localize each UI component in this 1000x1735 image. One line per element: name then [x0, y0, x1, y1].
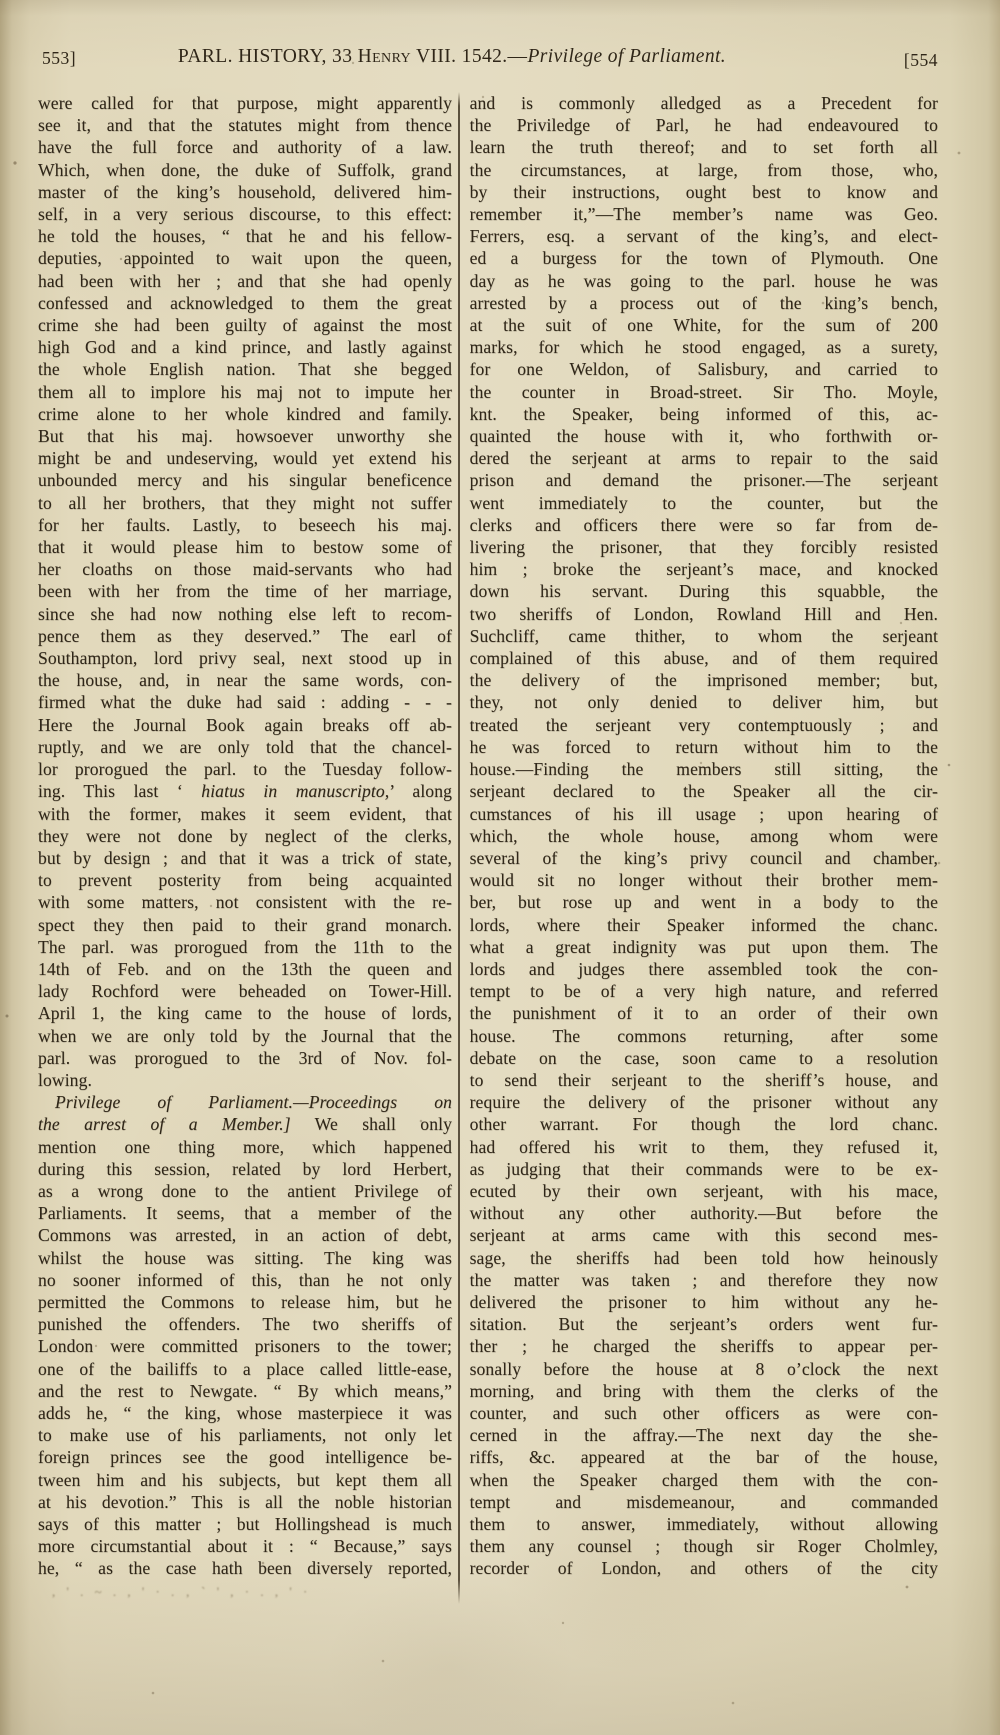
text-line: have the full force and authority of a l… — [38, 136, 452, 158]
text-line: day as he was going to the parl. house h… — [470, 270, 938, 292]
text-line: ing. This last ‘ hiatus in manuscripto,’… — [38, 780, 452, 802]
text-line: would sit no longer without their brothe… — [470, 869, 938, 891]
text-segment: knt. the Speaker, being informed of this… — [470, 404, 938, 424]
text-segment: at his devotion.” This is all the noble … — [38, 1492, 452, 1512]
text-segment: by their instructions, ought best to kno… — [470, 182, 938, 202]
text-segment: day as he was going to the parl. house h… — [470, 271, 938, 291]
text-line: been with her from the time of her marri… — [38, 580, 452, 602]
text-line: mention one thing more, which happened — [38, 1136, 452, 1158]
text-segment: without any other authority.—But before … — [470, 1203, 938, 1223]
text-line: delivered the prisoner to him without an… — [470, 1291, 938, 1313]
text-segment: whilst the house was sitting. The king w… — [38, 1248, 452, 1268]
text-line: since she had now nothing else left to r… — [38, 603, 452, 625]
text-segment: unbounded mercy and his singular benefic… — [38, 470, 452, 490]
text-line: sage, the sheriffs had been told how hei… — [470, 1247, 938, 1269]
text-segment: ing. This last ‘ — [38, 781, 201, 801]
paragraph: were called for that purpose, might appa… — [38, 92, 452, 1091]
text-segment: sonally before the house at 8 o’clock th… — [470, 1359, 938, 1379]
text-line: during this session, related by lord Her… — [38, 1158, 452, 1180]
text-line: at the suit of one White, for the sum of… — [470, 314, 938, 336]
text-segment: her cloaths on those maid-servants who h… — [38, 559, 452, 579]
text-line: to send their serjeant to the sheriff’s … — [470, 1069, 938, 1091]
text-segment: the house, and, in near the same words, … — [38, 670, 452, 690]
text-line: they, not only denied to deliver him, bu… — [470, 691, 938, 713]
text-segment: ’ along — [389, 781, 452, 801]
text-segment: might be and undeserving, would yet exte… — [38, 448, 452, 468]
text-segment: debate on the case, soon came to a resol… — [470, 1048, 938, 1068]
text-line: ther ; he charged the sheriffs to appear… — [470, 1335, 938, 1357]
text-line: with the former, makes it seem evident, … — [38, 803, 452, 825]
text-segment: master of the king’s household, delivere… — [38, 182, 452, 202]
text-line: Privilege of Parliament.—Proceedings on — [38, 1091, 452, 1113]
text-segment: him ; broke the serjeant’s mace, and kno… — [470, 559, 938, 579]
text-segment: Southampton, lord privy seal, next stood… — [38, 648, 452, 668]
text-segment: two sheriffs of London, Rowland Hill and… — [470, 604, 938, 624]
text-line: recorder of London, and others of the ci… — [470, 1557, 938, 1579]
text-line: tempt and misdemeanour, and commanded — [470, 1491, 938, 1513]
text-segment: complained of this abuse, and of them re… — [470, 648, 938, 668]
text-line: to prevent posterity from being acquaint… — [38, 869, 452, 891]
text-line: require the delivery of the prisoner wit… — [470, 1091, 938, 1113]
text-line: crime she had been guilty of against the… — [38, 314, 452, 336]
text-line: riffs, &c. appeared at the bar of the ho… — [470, 1446, 938, 1468]
text-segment: pence them as they deserved.” The earl o… — [38, 626, 452, 646]
text-segment: as a wrong done to the antient Privilege… — [38, 1181, 452, 1201]
text-line: lady Rochford were beheaded on Tower-Hil… — [38, 980, 452, 1002]
text-line: self, in a very serious discourse, to th… — [38, 203, 452, 225]
text-segment: down his servant. During this squabble, … — [470, 581, 938, 601]
text-line: as a wrong done to the antient Privilege… — [38, 1180, 452, 1202]
text-line: several of the king’s privy council and … — [470, 847, 938, 869]
right-column: and is commonly alledged as a Precedent … — [470, 92, 938, 1580]
text-line: clerks and officers there were so far fr… — [470, 514, 938, 536]
text-segment: Commons was arrested, in an action of de… — [38, 1225, 452, 1245]
text-line: punished the offenders. The two sheriffs… — [38, 1313, 452, 1335]
text-segment: deputies, appointed to wait upon the que… — [38, 248, 452, 268]
text-line: had offered his writ to them, they refus… — [470, 1136, 938, 1158]
text-line: with some matters, not consistent with t… — [38, 891, 452, 913]
text-segment: ther ; he charged the sheriffs to appear… — [470, 1336, 938, 1356]
text-segment: them all to implore his maj not to imput… — [38, 382, 452, 402]
text-segment: April 1, the king came to the house of l… — [38, 1003, 452, 1023]
text-segment: remember it,”—The member’s name was Geo. — [470, 204, 938, 224]
text-segment: quainted the house with it, who forthwit… — [470, 426, 938, 446]
text-segment: livering the prisoner, that they forcibl… — [470, 537, 938, 557]
text-line: the matter was taken ; and therefore the… — [470, 1269, 938, 1291]
text-segment: dered the serjeant at arms to repair to … — [470, 448, 938, 468]
text-segment: to all her brothers, that they might not… — [38, 493, 452, 513]
text-line: lords, where their Speaker informed the … — [470, 914, 938, 936]
text-segment: ecuted by their own serjeant, with his m… — [470, 1181, 938, 1201]
text-line: master of the king’s household, delivere… — [38, 181, 452, 203]
text-line: the whole English nation. That she begge… — [38, 358, 452, 380]
text-segment: with some matters, not consistent with t… — [38, 892, 452, 912]
text-line: spect they then paid to their grand mona… — [38, 914, 452, 936]
text-line: The parl. was prorogued from the 11th to… — [38, 936, 452, 958]
text-line: went immediately to the counter, but the — [470, 492, 938, 514]
text-segment: and the rest to Newgate. “ By which mean… — [38, 1381, 452, 1401]
running-title-italic: Privilege of Parliament. — [527, 46, 726, 67]
text-line: tween him and his subjects, but kept the… — [38, 1469, 452, 1491]
text-segment: more circumstantial about it : “ Because… — [38, 1536, 452, 1556]
text-segment: parl. was prorogued to the 3rd of Nov. f… — [38, 1048, 452, 1068]
text-segment: have the full force and authority of a l… — [38, 137, 452, 157]
text-segment: when the Speaker charged them with the c… — [470, 1470, 938, 1490]
text-segment: lor prorogued the parl. to the Tuesday f… — [38, 759, 452, 779]
text-line: had been with her ; and that she had ope… — [38, 270, 452, 292]
text-line: when the Speaker charged them with the c… — [470, 1469, 938, 1491]
text-line: Commons was arrested, in an action of de… — [38, 1224, 452, 1246]
text-segment: were called for that purpose, might appa… — [38, 93, 452, 113]
text-segment: the Priviledge of Parl, he had endeavour… — [470, 115, 938, 135]
text-line: marks, for which he stood engaged, as a … — [470, 336, 938, 358]
text-line: when we are only told by the Journal tha… — [38, 1025, 452, 1047]
text-line: the house, and, in near the same words, … — [38, 669, 452, 691]
text-line: counter, and such other officers as were… — [470, 1402, 938, 1424]
text-line: ecuted by their own serjeant, with his m… — [470, 1180, 938, 1202]
text-segment: says of this matter ; but Hollingshead i… — [38, 1514, 452, 1534]
text-line: as judging that their commands were to b… — [470, 1158, 938, 1180]
page-header: 553] PARL. HISTORY, 33 Henry VIII. 1542.… — [0, 46, 1000, 72]
text-line: 14th of Feb. and on the 13th the queen a… — [38, 958, 452, 980]
text-segment: delivered the prisoner to him without an… — [470, 1292, 938, 1312]
text-line: morning, and bring with them the clerks … — [470, 1380, 938, 1402]
text-line: Parliaments. It seems, that a member of … — [38, 1202, 452, 1224]
text-segment: that it would please him to bestow some … — [38, 537, 452, 557]
running-title-roman: PARL. HISTORY, 33 — [178, 46, 358, 67]
text-segment: Ferrers, esq. a servant of the king’s, a… — [470, 226, 938, 246]
text-segment: during this session, related by lord Her… — [38, 1159, 452, 1179]
text-line: livering the prisoner, that they forcibl… — [470, 536, 938, 558]
text-segment: sitation. But the serjeant’s orders went… — [470, 1314, 938, 1334]
text-segment: arrested by a process out of the king’s … — [470, 293, 938, 313]
paragraph: Privilege of Parliament.—Proceedings ont… — [38, 1091, 452, 1579]
text-segment: for one Weldon, of Salisbury, and carrie… — [470, 359, 938, 379]
text-segment: spect they then paid to their grand mona… — [38, 915, 452, 935]
text-line: to all her brothers, that they might not… — [38, 492, 452, 514]
text-columns: were called for that purpose, might appa… — [38, 92, 938, 1604]
text-line: house.—Finding the members still sitting… — [470, 758, 938, 780]
text-line: parl. was prorogued to the 3rd of Nov. f… — [38, 1047, 452, 1069]
text-line: down his servant. During this squabble, … — [470, 580, 938, 602]
text-segment: self, in a very serious discourse, to th… — [38, 204, 452, 224]
text-segment: as judging that their commands were to b… — [470, 1159, 938, 1179]
text-segment: see it, and that the statutes might from… — [38, 115, 452, 135]
text-segment: Privilege of Parliament.—Proceedings on — [55, 1092, 452, 1112]
text-line: cumstances of his ill usage ; upon heari… — [470, 803, 938, 825]
text-segment: London were committed prisoners to the t… — [38, 1336, 452, 1356]
text-segment: learn the truth thereof; and to set fort… — [470, 137, 938, 157]
text-line: lords and judges there assembled took th… — [470, 958, 938, 980]
ink-bleed-artifact: , ' . ~ . , ' · . ‚ ` ' , · . , ' · — [52, 1584, 440, 1600]
left-column: were called for that purpose, might appa… — [38, 92, 452, 1580]
text-segment: to prevent posterity from being acquaint… — [38, 870, 452, 890]
text-line: he told the houses, “ that he and his fe… — [38, 225, 452, 247]
text-segment: tempt to be of a very high nature, and r… — [470, 981, 938, 1001]
text-line: Suchcliff, came thither, to whom the ser… — [470, 625, 938, 647]
text-segment: the matter was taken ; and therefore the… — [470, 1270, 938, 1290]
text-segment: punished the offenders. The two sheriffs… — [38, 1314, 452, 1334]
text-line: But that his maj. howsoever unworthy she — [38, 425, 452, 447]
text-line: high God and a kind prince, and lastly a… — [38, 336, 452, 358]
text-segment: house.—Finding the members still sitting… — [470, 759, 938, 779]
text-line: sitation. But the serjeant’s orders went… — [470, 1313, 938, 1335]
text-line: whilst the house was sitting. The king w… — [38, 1247, 452, 1269]
paper-specks — [0, 0, 2, 2]
text-line: the Priviledge of Parl, he had endeavour… — [470, 114, 938, 136]
text-line: prison and demand the prisoner.—The serj… — [470, 469, 938, 491]
text-segment: they were not done by neglect of the cle… — [38, 826, 452, 846]
text-line: adds he, “ the king, whose masterpiece i… — [38, 1402, 452, 1424]
running-title-smallcaps: Henry — [358, 46, 411, 67]
text-segment: no sooner informed of this, than he not … — [38, 1270, 452, 1290]
text-line: says of this matter ; but Hollingshead i… — [38, 1513, 452, 1535]
text-segment: had been with her ; and that she had ope… — [38, 271, 452, 291]
text-line: to make use of his parliaments, not only… — [38, 1424, 452, 1446]
text-line: he was forced to return without him to t… — [470, 736, 938, 758]
text-line: crime alone to her whole kindred and fam… — [38, 403, 452, 425]
text-line: ed a burgess for the town of Plymouth. O… — [470, 247, 938, 269]
text-segment: morning, and bring with them the clerks … — [470, 1381, 938, 1401]
text-segment: Which, when done, the duke of Suffolk, g… — [38, 160, 452, 180]
text-segment: they, not only denied to deliver him, bu… — [470, 692, 938, 712]
text-line: house. The commons returning, after some — [470, 1025, 938, 1047]
text-segment: Suchcliff, came thither, to whom the ser… — [470, 626, 938, 646]
text-line: learn the truth thereof; and to set fort… — [470, 136, 938, 158]
text-line: were called for that purpose, might appa… — [38, 92, 452, 114]
text-line: cerned in the affray.—The next day the s… — [470, 1424, 938, 1446]
text-segment: clerks and officers there were so far fr… — [470, 515, 938, 535]
text-line: them all to implore his maj not to imput… — [38, 381, 452, 403]
text-line: ruptly, and we are only told that the ch… — [38, 736, 452, 758]
text-segment: had offered his writ to them, they refus… — [470, 1137, 938, 1157]
running-title: PARL. HISTORY, 33 Henry VIII. 1542.—Priv… — [178, 46, 726, 68]
text-line: other warrant. For though the lord chanc… — [470, 1113, 938, 1135]
text-line: one of the bailiffs to a place called li… — [38, 1358, 452, 1380]
text-line: complained of this abuse, and of them re… — [470, 647, 938, 669]
text-segment: counter, and such other officers as were… — [470, 1403, 938, 1423]
text-segment: to send their serjeant to the sheriff’s … — [470, 1070, 938, 1090]
text-segment: them any counsel ; though sir Roger Chol… — [470, 1536, 938, 1556]
text-line: the punishment of it to an order of thei… — [470, 1002, 938, 1024]
text-segment: Parliaments. It seems, that a member of … — [38, 1203, 452, 1223]
text-segment: with the former, makes it seem evident, … — [38, 804, 452, 824]
text-segment: to make use of his parliaments, not only… — [38, 1425, 452, 1445]
text-segment: adds he, “ the king, whose masterpiece i… — [38, 1403, 452, 1423]
text-line: the delivery of the imprisoned member; b… — [470, 669, 938, 691]
column-divider-rule — [458, 92, 460, 1604]
scanned-book-page: { "page": { "left_folio": "553]", "right… — [0, 0, 1000, 1735]
text-segment: riffs, &c. appeared at the bar of the ho… — [470, 1447, 938, 1467]
text-segment: went immediately to the counter, but the — [470, 493, 938, 513]
text-segment: hiatus in manuscripto, — [201, 781, 389, 801]
text-line: firmed what the duke had said : adding -… — [38, 691, 452, 713]
text-segment: We shall only — [291, 1114, 452, 1134]
text-line: that it would please him to bestow some … — [38, 536, 452, 558]
text-segment: require the delivery of the prisoner wit… — [470, 1092, 938, 1112]
text-line: more circumstantial about it : “ Because… — [38, 1535, 452, 1557]
text-segment: what a great indignity was put upon them… — [470, 937, 938, 957]
text-segment: But that his maj. howsoever unworthy she — [38, 426, 452, 446]
text-line: them to answer, immediately, without all… — [470, 1513, 938, 1535]
text-segment: cerned in the affray.—The next day the s… — [470, 1425, 938, 1445]
text-line: and is commonly alledged as a Precedent … — [470, 92, 938, 114]
left-folio-number: 553] — [42, 48, 76, 69]
text-line: Ferrers, esq. a servant of the king’s, a… — [470, 225, 938, 247]
text-line: them any counsel ; though sir Roger Chol… — [470, 1535, 938, 1557]
text-segment: foreign princes see the good intelligenc… — [38, 1447, 452, 1467]
text-line: at his devotion.” This is all the noble … — [38, 1491, 452, 1513]
text-segment: the whole English nation. That she begge… — [38, 359, 452, 379]
text-segment: been with her from the time of her marri… — [38, 581, 452, 601]
right-folio-number: [554 — [904, 50, 938, 71]
text-line: dered the serjeant at arms to repair to … — [470, 447, 938, 469]
text-segment: several of the king’s privy council and … — [470, 848, 938, 868]
text-line: and the rest to Newgate. “ By which mean… — [38, 1380, 452, 1402]
text-segment: would sit no longer without their brothe… — [470, 870, 938, 890]
running-title-roman2: VIII. 1542.— — [411, 46, 527, 67]
text-segment: one of the bailiffs to a place called li… — [38, 1359, 452, 1379]
text-line: lowing. — [38, 1069, 452, 1091]
text-line: but by design ; and that it was a trick … — [38, 847, 452, 869]
text-segment: which, the whole house, among whom were — [470, 826, 938, 846]
text-segment: cumstances of his ill usage ; upon heari… — [470, 804, 938, 824]
text-segment: other warrant. For though the lord chanc… — [470, 1114, 938, 1134]
text-segment: but by design ; and that it was a trick … — [38, 848, 452, 868]
text-segment: lowing. — [38, 1070, 92, 1090]
text-line: London were committed prisoners to the t… — [38, 1335, 452, 1357]
text-line: see it, and that the statutes might from… — [38, 114, 452, 136]
text-segment: Here the Journal Book again breaks off a… — [38, 715, 452, 735]
text-segment: crime alone to her whole kindred and fam… — [38, 404, 452, 424]
text-segment: prison and demand the prisoner.—The serj… — [470, 470, 938, 490]
text-segment: high God and a kind prince, and lastly a… — [38, 337, 452, 357]
text-segment: tween him and his subjects, but kept the… — [38, 1470, 452, 1490]
text-line: arrested by a process out of the king’s … — [470, 292, 938, 314]
text-segment: ber, but rose up and went in a body to t… — [470, 892, 938, 912]
text-segment: recorder of London, and others of the ci… — [470, 1558, 938, 1578]
text-segment: serjeant declared to the Speaker all the… — [470, 781, 938, 801]
text-segment: the delivery of the imprisoned member; b… — [470, 670, 938, 690]
text-line: they were not done by neglect of the cle… — [38, 825, 452, 847]
text-line: April 1, the king came to the house of l… — [38, 1002, 452, 1024]
text-segment: crime she had been guilty of against the… — [38, 315, 452, 335]
text-line: which, the whole house, among whom were — [470, 825, 938, 847]
text-line: treated the serjeant very contemptuously… — [470, 714, 938, 736]
text-line: remember it,”—The member’s name was Geo. — [470, 203, 938, 225]
paragraph: and is commonly alledged as a Precedent … — [470, 92, 938, 1580]
text-line: might be and undeserving, would yet exte… — [38, 447, 452, 469]
text-line: what a great indignity was put upon them… — [470, 936, 938, 958]
text-segment: the circumstances, at large, from those,… — [470, 160, 938, 180]
text-line: serjeant at arms came with this second m… — [470, 1224, 938, 1246]
text-line: sonally before the house at 8 o’clock th… — [470, 1358, 938, 1380]
text-line: without any other authority.—But before … — [470, 1202, 938, 1224]
text-line: for one Weldon, of Salisbury, and carrie… — [470, 358, 938, 380]
text-segment: sage, the sheriffs had been told how hei… — [470, 1248, 938, 1268]
text-segment: he told the houses, “ that he and his fe… — [38, 226, 452, 246]
text-line: foreign princes see the good intelligenc… — [38, 1446, 452, 1468]
text-segment: permitted the Commons to release him, bu… — [38, 1292, 452, 1312]
text-line: Which, when done, the duke of Suffolk, g… — [38, 159, 452, 181]
text-line: tempt to be of a very high nature, and r… — [470, 980, 938, 1002]
text-line: by their instructions, ought best to kno… — [470, 181, 938, 203]
text-line: confessed and acknowledged to them the g… — [38, 292, 452, 314]
text-segment: he, “ as the case hath been diversely re… — [38, 1558, 452, 1578]
text-line: Here the Journal Book again breaks off a… — [38, 714, 452, 736]
text-line: the circumstances, at large, from those,… — [470, 159, 938, 181]
text-line: the counter in Broad-street. Sir Tho. Mo… — [470, 381, 938, 403]
text-segment: treated the serjeant very contemptuously… — [470, 715, 938, 735]
text-segment: confessed and acknowledged to them the g… — [38, 293, 452, 313]
text-segment: mention one thing more, which happened — [38, 1137, 452, 1157]
text-line: unbounded mercy and his singular benefic… — [38, 469, 452, 491]
text-segment: lords, where their Speaker informed the … — [470, 915, 938, 935]
text-segment: he was forced to return without him to t… — [470, 737, 938, 757]
text-segment: marks, for which he stood engaged, as a … — [470, 337, 938, 357]
text-line: her cloaths on those maid-servants who h… — [38, 558, 452, 580]
text-segment: for her faults. Lastly, to beseech his m… — [38, 515, 452, 535]
text-segment: The parl. was prorogued from the 11th to… — [38, 937, 452, 957]
text-line: debate on the case, soon came to a resol… — [470, 1047, 938, 1069]
text-line: deputies, appointed to wait upon the que… — [38, 247, 452, 269]
text-segment: lords and judges there assembled took th… — [470, 959, 938, 979]
text-segment: 14th of Feb. and on the 13th the queen a… — [38, 959, 452, 979]
text-segment: and is commonly alledged as a Precedent … — [470, 93, 938, 113]
text-line: the arrest of a Member.] We shall only — [38, 1113, 452, 1135]
text-segment: house. The commons returning, after some — [470, 1026, 938, 1046]
text-segment: firmed what the duke had said : adding -… — [38, 692, 452, 712]
text-line: two sheriffs of London, Rowland Hill and… — [470, 603, 938, 625]
text-segment: the arrest of a Member.] — [38, 1114, 291, 1134]
text-segment: the punishment of it to an order of thei… — [470, 1003, 938, 1023]
text-line: lor prorogued the parl. to the Tuesday f… — [38, 758, 452, 780]
text-segment: at the suit of one White, for the sum of… — [470, 315, 938, 335]
text-segment: the counter in Broad-street. Sir Tho. Mo… — [470, 382, 938, 402]
text-line: pence them as they deserved.” The earl o… — [38, 625, 452, 647]
text-line: for her faults. Lastly, to beseech his m… — [38, 514, 452, 536]
text-segment: tempt and misdemeanour, and commanded — [470, 1492, 938, 1512]
text-segment: ed a burgess for the town of Plymouth. O… — [470, 248, 938, 268]
text-line: ber, but rose up and went in a body to t… — [470, 891, 938, 913]
text-segment: them to answer, immediately, without all… — [470, 1514, 938, 1534]
text-line: knt. the Speaker, being informed of this… — [470, 403, 938, 425]
text-segment: serjeant at arms came with this second m… — [470, 1225, 938, 1245]
text-line: Southampton, lord privy seal, next stood… — [38, 647, 452, 669]
text-line: he, “ as the case hath been diversely re… — [38, 1557, 452, 1579]
text-line: quainted the house with it, who forthwit… — [470, 425, 938, 447]
text-line: him ; broke the serjeant’s mace, and kno… — [470, 558, 938, 580]
text-line: serjeant declared to the Speaker all the… — [470, 780, 938, 802]
text-segment: since she had now nothing else left to r… — [38, 604, 452, 624]
text-segment: lady Rochford were beheaded on Tower-Hil… — [38, 981, 452, 1001]
text-line: no sooner informed of this, than he not … — [38, 1269, 452, 1291]
text-segment: ruptly, and we are only told that the ch… — [38, 737, 452, 757]
text-line: permitted the Commons to release him, bu… — [38, 1291, 452, 1313]
text-segment: when we are only told by the Journal tha… — [38, 1026, 452, 1046]
